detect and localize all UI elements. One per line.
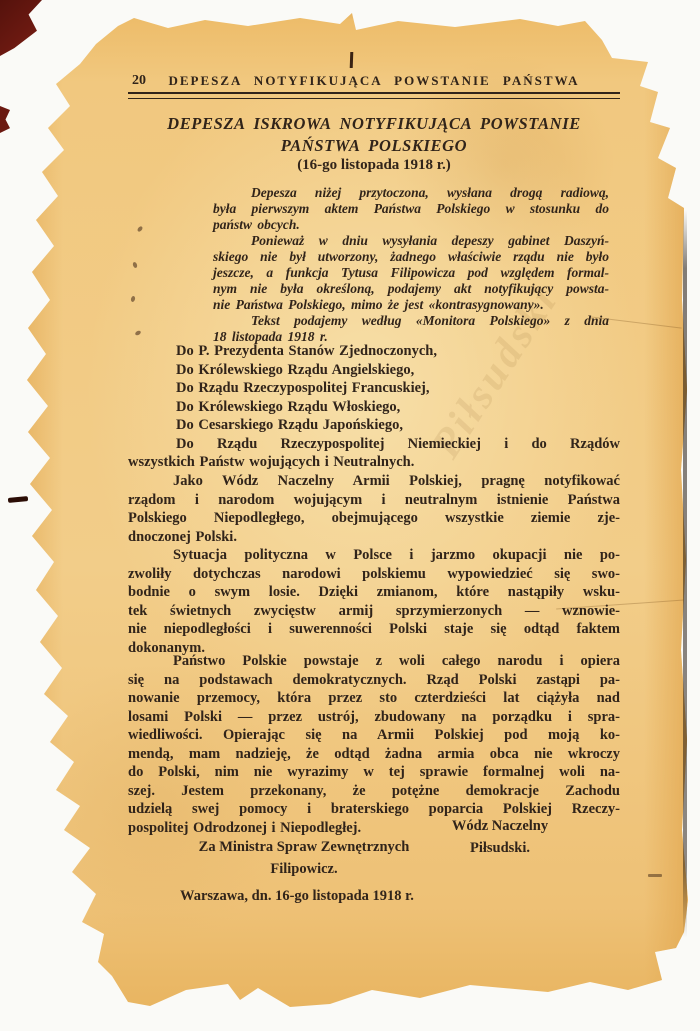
text-line: nie Państwa Polskiego, mimo że jest «kon… xyxy=(213,297,609,313)
editorial-note: Depesza niżej przytoczona, wysłana drogą… xyxy=(213,185,609,345)
text-line: Polskiego Niepodległego, obejmującego ws… xyxy=(128,509,620,528)
text-line: dnoczonej Polski. xyxy=(128,528,620,547)
text-line: tek świetnych zwycięstw armij sprzymierz… xyxy=(128,602,620,621)
text-line: Do Cesarskiego Rządu Japońskiego, xyxy=(128,416,620,435)
text-line: Depesza niżej przytoczona, wysłana drogą… xyxy=(213,185,609,201)
text-line: państw obcych. xyxy=(213,217,609,233)
text-line: szej. Jestem przekonany, że potężne demo… xyxy=(128,782,620,801)
running-header: 20 DEPESZA NOTYFIKUJĄCA POWSTANIE PAŃSTW… xyxy=(128,73,620,89)
text-line: nym nie była określoną, podajemy akt not… xyxy=(213,281,609,297)
text-line: rządom i narodom wojującym i neutralnym … xyxy=(128,491,620,510)
text-line: wiedliwości. Opierając się na Armii Pols… xyxy=(128,726,620,745)
body-paragraph: Sytuacja polityczna w Polsce i jarzmo ok… xyxy=(128,546,620,657)
editorial-note-paragraph: Ponieważ w dniu wysyłania depeszy gabine… xyxy=(213,233,609,313)
text-line: była pierwszym aktem Państwa Polskiego w… xyxy=(213,201,609,217)
text-line: Do P. Prezydenta Stanów Zjednoczonych, xyxy=(128,342,620,361)
text-line: jeszcze, a funkcja Tytusa Filipowicza po… xyxy=(213,265,609,281)
editorial-note-paragraph: Tekst podajemy według «Monitora Polskieg… xyxy=(213,313,609,345)
text-line: Do Królewskiego Rządu Angielskiego, xyxy=(128,361,620,380)
address-list: Do P. Prezydenta Stanów Zjednoczonych,Do… xyxy=(128,342,620,472)
signature-commander: Wódz Naczelny Piłsudski. xyxy=(430,815,570,859)
text-line: do Polski, nim nie wyrazimy w tej sprawi… xyxy=(128,763,620,782)
text-line: nie niepodległości i suwerenności Polski… xyxy=(128,620,620,639)
text-line: nowanie przemocy, która przez sto czterd… xyxy=(128,689,620,708)
text-line: bodnie o swym losie. Dzięki zmianom, któ… xyxy=(128,583,620,602)
body-paragraph: Państwo Polskie powstaje z woli całego n… xyxy=(128,652,620,837)
running-header-title: DEPESZA NOTYFIKUJĄCA POWSTANIE PAŃSTWA xyxy=(168,73,579,88)
text-line: Do Królewskiego Rządu Włoskiego, xyxy=(128,398,620,417)
place-date-line: Warszawa, dn. 16-go listopada 1918 r. xyxy=(180,888,414,905)
signature-minister-name: Filipowicz. xyxy=(180,858,428,880)
text-line: Jako Wódz Naczelny Armii Polskiej, pragn… xyxy=(128,472,620,491)
text-line: się na podstawach demokratycznych. Rząd … xyxy=(128,671,620,690)
text-line: Sytuacja polityczna w Polsce i jarzmo ok… xyxy=(128,546,620,565)
text-line: zwoliły dotychczas narodowi polskiemu wy… xyxy=(128,565,620,584)
text-line: Ponieważ w dniu wysyłania depeszy gabine… xyxy=(213,233,609,249)
scanned-page: Piłsudski 20 DEPESZA NOTYFIKUJĄCA POWSTA… xyxy=(0,0,700,1031)
page-content: 20 DEPESZA NOTYFIKUJĄCA POWSTANIE PAŃSTW… xyxy=(0,0,700,1031)
text-line: losami Polski — przez ustrój, zbudowany … xyxy=(128,708,620,727)
editorial-note-paragraph: Depesza niżej przytoczona, wysłana drogą… xyxy=(213,185,609,233)
text-line: mendą, mam nadzieję, że odtąd żadna armi… xyxy=(128,745,620,764)
signature-commander-title: Wódz Naczelny xyxy=(430,815,570,837)
header-double-rule xyxy=(128,92,620,99)
text-line: Tekst podajemy według «Monitora Polskieg… xyxy=(213,313,609,329)
page-number: 20 xyxy=(132,73,146,89)
document-title-date: (16-go listopada 1918 r.) xyxy=(128,157,620,174)
text-line: Państwo Polskie powstaje z woli całego n… xyxy=(128,652,620,671)
document-title-line2: PAŃSTWA POLSKIEGO xyxy=(128,136,620,156)
text-line: wszystkich Państw wojujących i Neutralny… xyxy=(128,453,620,472)
text-line: Do Rządu Rzeczypospolitej Francuskiej, xyxy=(128,379,620,398)
signature-minister-title: Za Ministra Spraw Zewnętrznych xyxy=(180,836,428,858)
signature-commander-name: Piłsudski. xyxy=(430,837,570,859)
text-line: Do Rządu Rzeczypospolitej Niemieckiej i … xyxy=(128,435,620,454)
text-line: skiego nie był utworzony, żadnego właści… xyxy=(213,249,609,265)
signature-minister: Za Ministra Spraw Zewnętrznych Filipowic… xyxy=(180,836,428,880)
body-paragraph: Jako Wódz Naczelny Armii Polskiej, pragn… xyxy=(128,472,620,546)
document-title-line1: DEPESZA ISKROWA NOTYFIKUJĄCA POWSTANIE xyxy=(128,114,620,134)
